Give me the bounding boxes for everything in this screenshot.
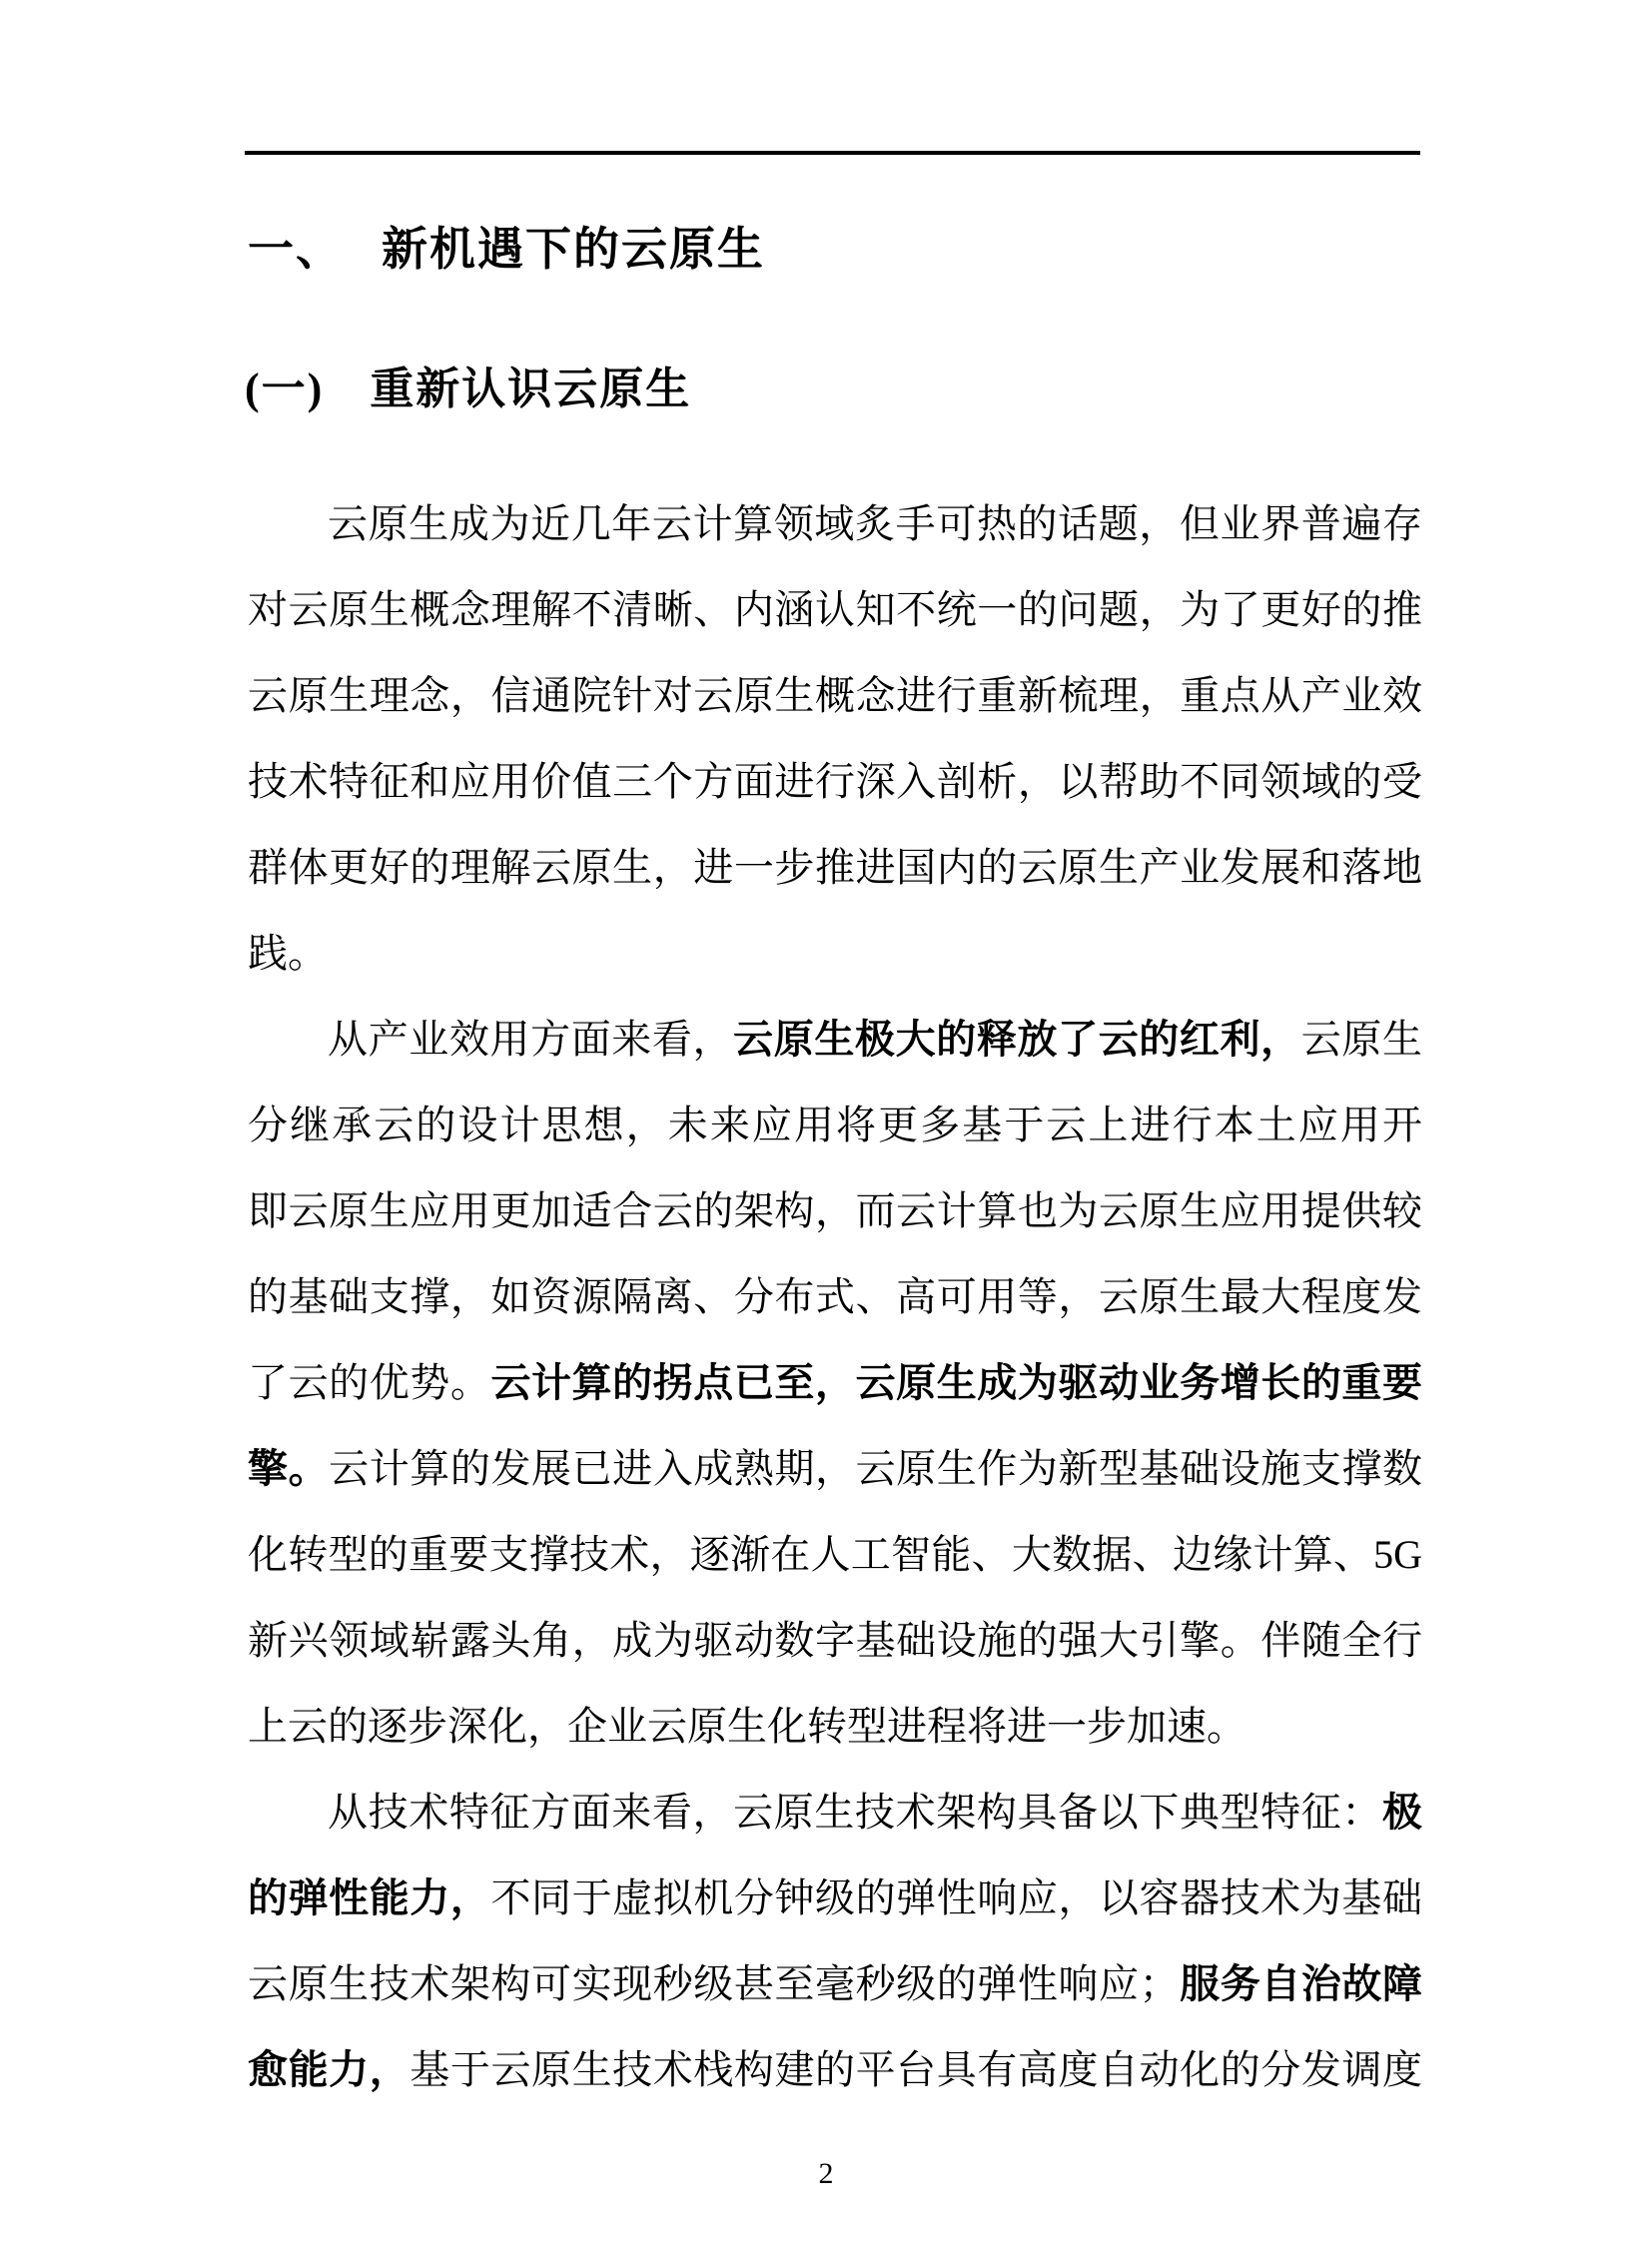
header-rule — [245, 151, 1420, 155]
document-page: 一、 新机遇下的云原生 (一) 重新认识云原生 云原生成为近几年云计算领域炙手可… — [0, 0, 1652, 2242]
text-line: 新兴领域崭露头角，成为驱动数字基础设施的强大引擎。伴随全行业 — [248, 1598, 1422, 1684]
text-run-bold: 云原生极大的释放了云的红利， — [733, 1018, 1301, 1062]
text-run: 对云原生概念理解不清晰、内涵认知不统一的问题，为了更好的推广 — [248, 587, 1422, 653]
text-line: 上云的逐步深化，企业云原生化转型进程将进一步加速。 — [248, 1684, 1422, 1770]
text-line: 愈能力，基于云原生技术栈构建的平台具有高度自动化的分发调度调 — [248, 2027, 1422, 2113]
text-run: 云原生成为近几年云计算领域炙手可热的话题，但业界普遍存在 — [248, 501, 1422, 567]
text-line: 践。 — [248, 911, 1422, 997]
text-line: 技术特征和应用价值三个方面进行深入剖析，以帮助不同领域的受众 — [248, 739, 1422, 825]
section-title: 新机遇下的云原生 — [382, 222, 765, 277]
text-run-bold: 的弹性能力， — [248, 1876, 490, 1920]
text-run: 即云原生应用更加适合云的架构，而云计算也为云原生应用提供较好 — [248, 1188, 1422, 1254]
subsection-number: (一) — [245, 364, 324, 416]
subsection-heading: (一) 重新认识云原生 — [245, 364, 691, 416]
paragraph-3: 从技术特征方面来看，云原生技术架构具备以下典型特征：极致 的弹性能力，不同于虚拟… — [248, 1770, 1422, 2113]
text-run: 基于云原生技术栈构建的平台具有高度自动化的分发调度调 — [248, 2047, 1422, 2113]
text-run: 从产业效用方面来看， — [328, 1017, 733, 1062]
text-line: 擎。云计算的发展已进入成熟期，云原生作为新型基础设施支撑数字 — [248, 1426, 1422, 1512]
section-number: 一、 — [248, 222, 344, 277]
section-heading: 一、 新机遇下的云原生 — [248, 222, 765, 277]
text-line: 群体更好的理解云原生，进一步推进国内的云原生产业发展和落地实 — [248, 825, 1422, 911]
text-run: 化转型的重要支撑技术，逐渐在人工智能、大数据、边缘计算、5G 等 — [248, 1532, 1422, 1598]
text-line: 对云原生概念理解不清晰、内涵认知不统一的问题，为了更好的推广 — [248, 567, 1422, 653]
text-line: 的基础支撑，如资源隔离、分布式、高可用等，云原生最大程度发挥 — [248, 1254, 1422, 1340]
text-run: 了云的优势。 — [248, 1360, 490, 1405]
text-run: 分继承云的设计思想，未来应用将更多基于云上进行本土应用开发， — [248, 1103, 1422, 1168]
text-line: 从产业效用方面来看，云原生极大的释放了云的红利，云原生充 — [248, 997, 1422, 1083]
text-run: 云原生理念，信通院针对云原生概念进行重新梳理，重点从产业效用、 — [248, 673, 1422, 739]
body-text: 云原生成为近几年云计算领域炙手可热的话题，但业界普遍存在 对云原生概念理解不清晰… — [248, 481, 1422, 2113]
text-run: 新兴领域崭露头角，成为驱动数字基础设施的强大引擎。伴随全行业 — [248, 1618, 1422, 1684]
paragraph-1: 云原生成为近几年云计算领域炙手可热的话题，但业界普遍存在 对云原生概念理解不清晰… — [248, 481, 1422, 997]
text-run: 群体更好的理解云原生，进一步推进国内的云原生产业发展和落地实 — [248, 845, 1422, 911]
text-line: 从技术特征方面来看，云原生技术架构具备以下典型特征：极致 — [248, 1770, 1422, 1856]
text-line: 即云原生应用更加适合云的架构，而云计算也为云原生应用提供较好 — [248, 1168, 1422, 1254]
text-line: 云原生理念，信通院针对云原生概念进行重新梳理，重点从产业效用、 — [248, 653, 1422, 739]
text-run: 技术特征和应用价值三个方面进行深入剖析，以帮助不同领域的受众 — [248, 759, 1422, 825]
text-run: 云计算的发展已进入成熟期，云原生作为新型基础设施支撑数字 — [248, 1446, 1422, 1512]
paragraph-2: 从产业效用方面来看，云原生极大的释放了云的红利，云原生充 分继承云的设计思想，未… — [248, 997, 1422, 1770]
subsection-title: 重新认识云原生 — [370, 364, 691, 416]
text-run: 云原生技术架构可实现秒级甚至毫秒级的弹性响应； — [248, 1961, 1180, 2006]
text-run-bold: 擎。 — [248, 1447, 329, 1491]
text-run: 上云的逐步深化，企业云原生化转型进程将进一步加速。 — [248, 1704, 1246, 1749]
text-run: 的基础支撑，如资源隔离、分布式、高可用等，云原生最大程度发挥 — [248, 1274, 1422, 1340]
text-line: 的弹性能力，不同于虚拟机分钟级的弹性响应，以容器技术为基础的 — [248, 1856, 1422, 1941]
text-line: 了云的优势。云计算的拐点已至，云原生成为驱动业务增长的重要引 — [248, 1340, 1422, 1426]
text-line: 分继承云的设计思想，未来应用将更多基于云上进行本土应用开发， — [248, 1083, 1422, 1168]
text-line: 云原生技术架构可实现秒级甚至毫秒级的弹性响应；服务自治故障自 — [248, 1941, 1422, 2027]
text-line: 云原生成为近几年云计算领域炙手可热的话题，但业界普遍存在 — [248, 481, 1422, 567]
page-number: 2 — [0, 2157, 1652, 2191]
text-run: 践。 — [248, 931, 328, 976]
text-run-bold: 愈能力， — [248, 2048, 410, 2092]
text-line: 化转型的重要支撑技术，逐渐在人工智能、大数据、边缘计算、5G 等 — [248, 1512, 1422, 1598]
text-run: 从技术特征方面来看，云原生技术架构具备以下典型特征： — [328, 1790, 1382, 1835]
